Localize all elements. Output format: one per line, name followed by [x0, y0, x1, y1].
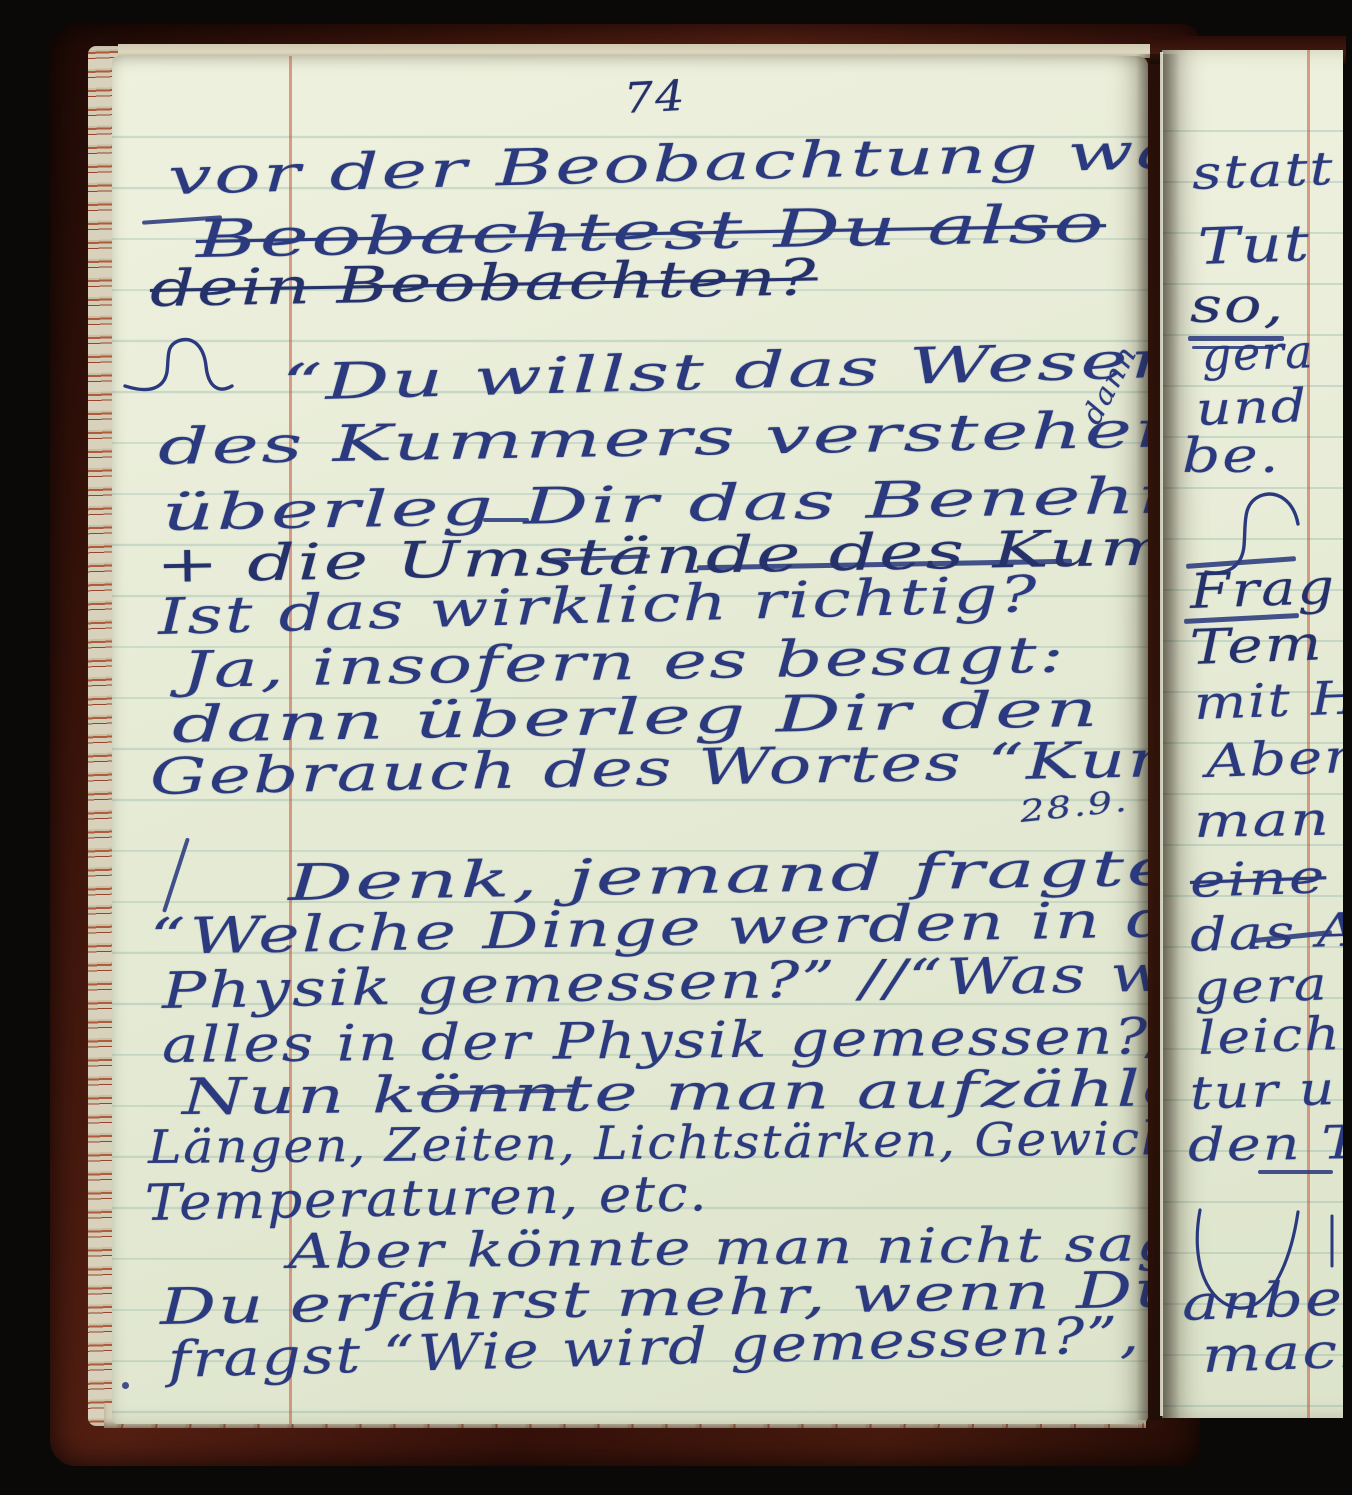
right-fragment-line: Tem [1189, 619, 1324, 672]
right-fragment-line: tur u [1189, 1065, 1337, 1116]
right-fragment-line: so, [1190, 282, 1285, 330]
left-page: 74 vor der Beobachtung wart. Beobachtest… [112, 56, 1148, 1424]
right-fragment-line: statt [1191, 145, 1335, 196]
right-fragment-line: mach [1201, 1326, 1343, 1380]
page-number: 74 [623, 75, 687, 120]
right-page-edge-highlight [1160, 52, 1163, 1416]
handwritten-line: Temperaturen, etc. [145, 1168, 709, 1228]
right-fragment-line: Tut [1197, 218, 1311, 272]
notebook-scan: 74 vor der Beobachtung wart. Beobachtest… [0, 0, 1352, 1495]
right-fragment-line: Aber [1205, 733, 1343, 784]
right-fragment-line: man [1194, 796, 1332, 844]
right-fragment-line: gera [1201, 328, 1315, 378]
right-fragment-line-struck: eine [1189, 853, 1327, 904]
right-fragment-line: und [1195, 382, 1308, 432]
right-fragment-line: mit H [1193, 674, 1343, 726]
right-fragment-line: leich [1197, 1010, 1342, 1061]
underline-mark [1258, 1170, 1333, 1174]
right-page: statt Tut so, gera und be. Frag Tem mit … [1162, 50, 1343, 1418]
handwritten-line: vor der Beobachtung wart. [167, 123, 1148, 202]
handwritten-line: Längen, Zeiten, Lichtstärken, Gewichte, [148, 1114, 1148, 1170]
right-fragment-line: den T [1188, 1119, 1343, 1168]
right-fragment-line: anbe [1181, 1274, 1343, 1328]
right-fragment-line: Frag [1189, 563, 1336, 616]
underline-mark [483, 518, 529, 522]
date-note: 28.9. [1018, 787, 1130, 828]
handwritten-line: “Du willst das Wesen [281, 334, 1148, 408]
handwritten-line-struck: dein Beobachten? [150, 252, 818, 314]
section-mark-icon [122, 334, 272, 409]
handwritten-line: des Kummers verstehen? – [158, 402, 1148, 472]
paragraph-slash-mark [162, 837, 189, 912]
right-fragment-line: be. [1182, 432, 1281, 480]
ink-dot [122, 1382, 129, 1389]
right-fragment-line: gera [1193, 960, 1329, 1011]
